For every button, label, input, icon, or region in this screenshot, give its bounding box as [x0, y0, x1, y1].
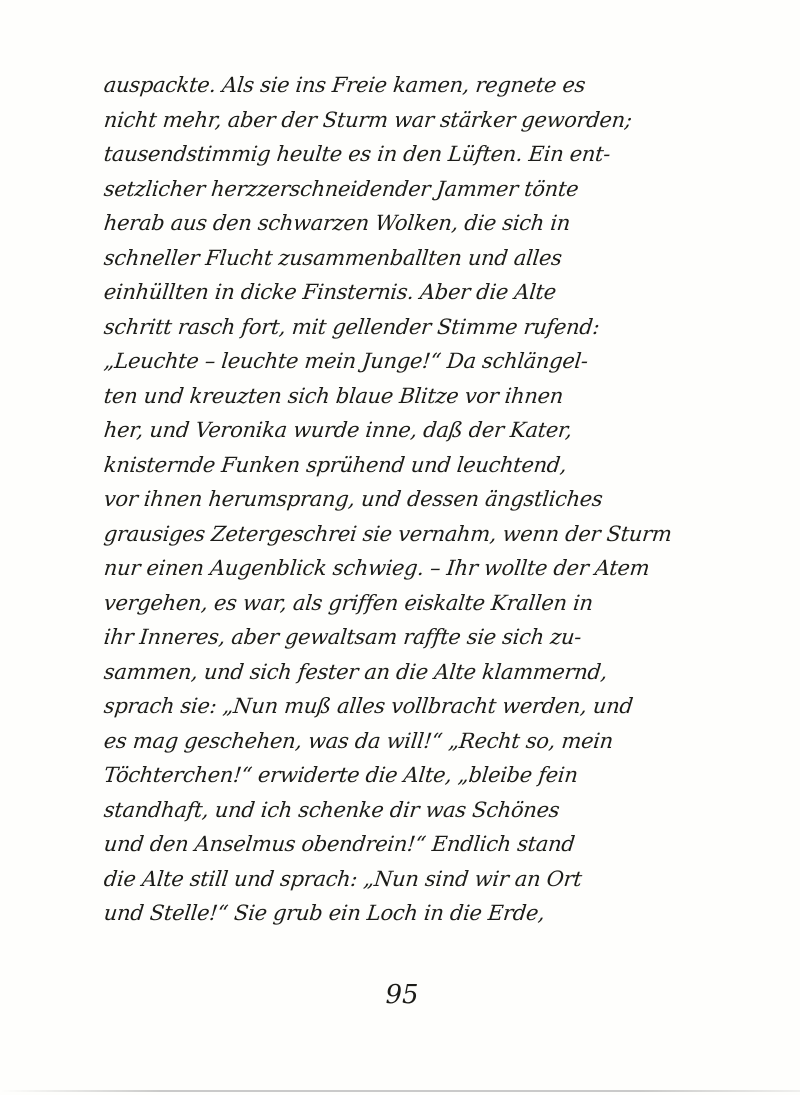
- text-line: auspackte. Als sie ins Freie kamen, regn…: [102, 68, 726, 103]
- text-line: Töchterchen!“ erwiderte die Alte, „bleib…: [102, 758, 726, 793]
- text-line: standhaft, und ich schenke dir was Schön…: [102, 793, 726, 828]
- text-line: und den Anselmus obendrein!“ Endlich sta…: [102, 827, 726, 862]
- text-line: sprach sie: „Nun muß alles vollbracht we…: [102, 689, 726, 724]
- text-line: vergehen, es war, als griffen eiskalte K…: [102, 586, 726, 621]
- text-line: herab aus den schwarzen Wolken, die sich…: [102, 206, 726, 241]
- text-line: einhüllten in dicke Finsternis. Aber die…: [102, 275, 726, 310]
- text-line: vor ihnen herumsprang, und dessen ängstl…: [102, 482, 726, 517]
- text-line: her, und Veronika wurde inne, daß der Ka…: [102, 413, 726, 448]
- text-line: tausendstimmig heulte es in den Lüften. …: [102, 137, 726, 172]
- text-line: setzlicher herzzerschneidender Jammer tö…: [102, 172, 726, 207]
- text-line: schritt rasch fort, mit gellender Stimme…: [102, 310, 726, 345]
- text-line: nur einen Augenblick schwieg. – Ihr woll…: [102, 551, 726, 586]
- text-line: schneller Flucht zusammenballten und all…: [102, 241, 726, 276]
- page-number: 95: [372, 980, 432, 1010]
- text-line: sammen, und sich fester an die Alte klam…: [102, 655, 726, 690]
- text-line: ihr Inneres, aber gewaltsam raffte sie s…: [102, 620, 726, 655]
- text-line: die Alte still und sprach: „Nun sind wir…: [102, 862, 726, 897]
- text-line: knisternde Funken sprühend und leuchtend…: [102, 448, 726, 483]
- handwritten-text-block: auspackte. Als sie ins Freie kamen, regn…: [104, 68, 724, 931]
- text-line: grausiges Zetergeschrei sie vernahm, wen…: [102, 517, 726, 552]
- text-line: nicht mehr, aber der Sturm war stärker g…: [102, 103, 726, 138]
- text-line: es mag geschehen, was da will!“ „Recht s…: [102, 724, 726, 759]
- text-line: ten und kreuzten sich blaue Blitze vor i…: [102, 379, 726, 414]
- text-line: und Stelle!“ Sie grub ein Loch in die Er…: [102, 896, 726, 931]
- text-line: „Leuchte – leuchte mein Junge!“ Da schlä…: [102, 344, 726, 379]
- manuscript-page: auspackte. Als sie ins Freie kamen, regn…: [0, 0, 800, 1095]
